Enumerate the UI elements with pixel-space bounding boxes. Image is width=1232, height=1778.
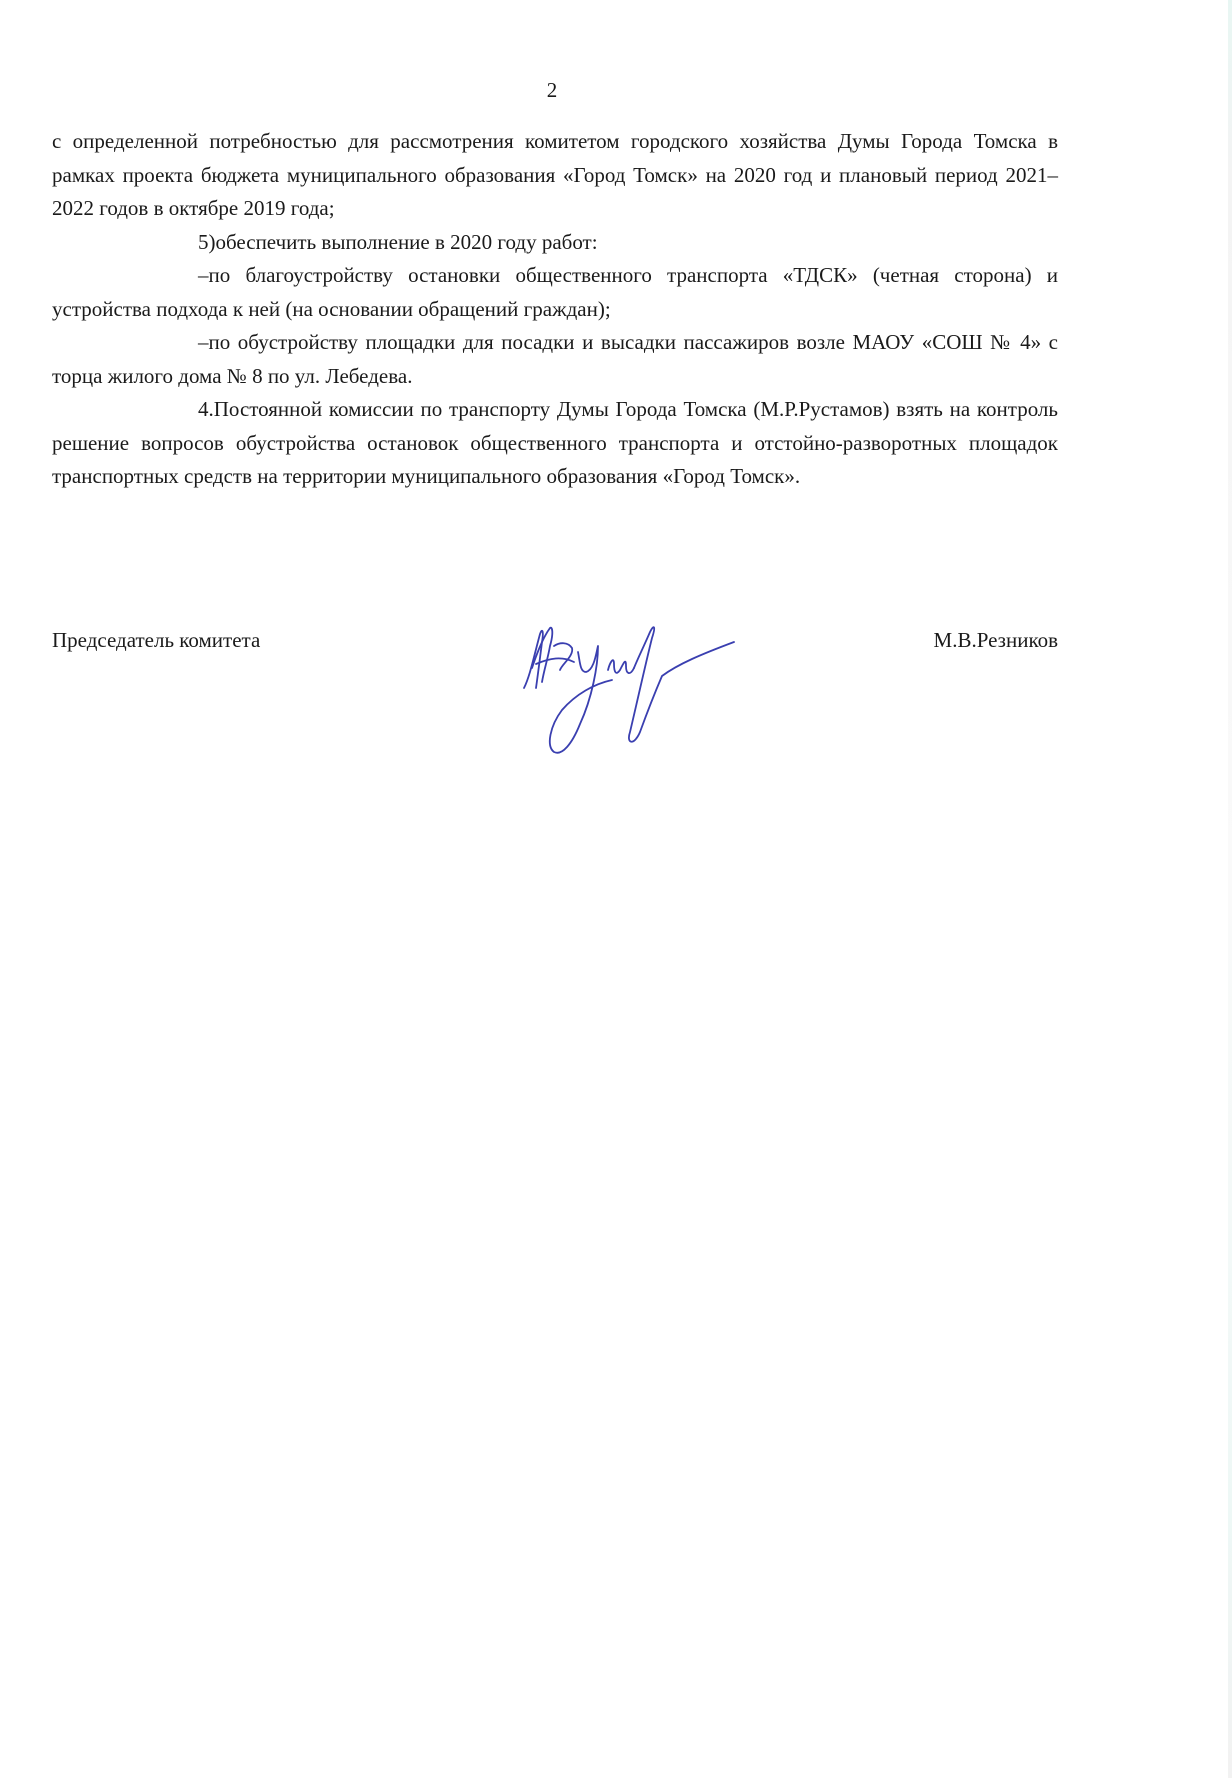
list-marker: 5)	[125, 226, 216, 260]
dash-marker: –	[125, 326, 209, 360]
signatory-title: Председатель комитета	[52, 626, 260, 654]
paragraph-text: обеспечить выполнение в 2020 году работ:	[216, 230, 598, 254]
paragraph-dash-item: –по благоустройству остановки общественн…	[52, 259, 1058, 326]
signatory-name: М.В.Резников	[934, 626, 1058, 654]
page-number: 2	[0, 78, 1104, 102]
scan-edge	[1228, 0, 1232, 1778]
list-marker: 4.	[125, 393, 214, 427]
dash-marker: –	[125, 259, 209, 293]
paragraph-item-5: 5)обеспечить выполнение в 2020 году рабо…	[52, 226, 1058, 260]
signature-block: Председатель комитета М.В.Резников	[52, 626, 1058, 766]
document-body: с определенной потребностью для рассмотр…	[52, 125, 1058, 494]
paragraph-dash-item: –по обустройству площадки для посадки и …	[52, 326, 1058, 393]
paragraph-item-4: 4.Постоянной комиссии по транспорту Думы…	[52, 393, 1058, 494]
paragraph-continuation: с определенной потребностью для рассмотр…	[52, 125, 1058, 226]
handwritten-signature	[502, 606, 752, 766]
paragraph-text: с определенной потребностью для рассмотр…	[52, 129, 1058, 220]
document-page: 2 с определенной потребностью для рассмо…	[0, 0, 1232, 1778]
